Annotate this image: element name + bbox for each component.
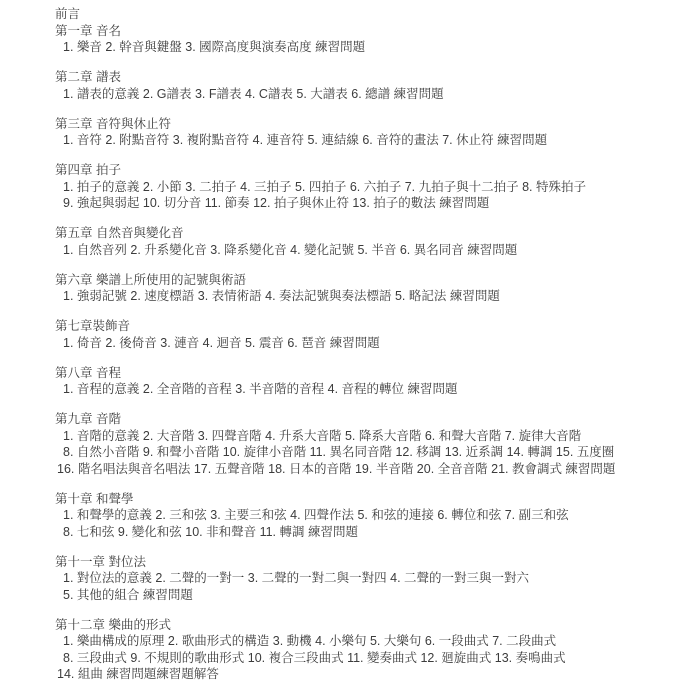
chapter-title: 第一章 音名 — [55, 23, 692, 40]
toc-item-line: 1. 拍子的意義 2. 小節 3. 二拍子 4. 三拍子 5. 四拍子 6. 六… — [55, 179, 692, 196]
toc-item-line: 1. 音符 2. 附點音符 3. 複附點音符 4. 連音符 5. 連結線 6. … — [55, 132, 692, 149]
chapter-title: 第十一章 對位法 — [55, 554, 692, 571]
toc-item-line: 1. 倚音 2. 後倚音 3. 漣音 4. 迴音 5. 震音 6. 琶音 練習問… — [55, 335, 692, 352]
chapter-block: 第五章 自然音與變化音 1. 自然音列 2. 升系變化音 3. 降系變化音 4.… — [55, 225, 692, 258]
chapter-title: 第十二章 樂曲的形式 — [55, 617, 692, 634]
toc-page: 前言 第一章 音名 1. 樂音 2. 幹音與鍵盤 3. 國際高度與演奏高度 練習… — [0, 0, 700, 700]
chapter-block: 第七章裝飾音 1. 倚音 2. 後倚音 3. 漣音 4. 迴音 5. 震音 6.… — [55, 318, 692, 351]
toc-item-line: 14. 組曲 練習問題練習題解答 — [55, 666, 692, 683]
chapter-block: 第四章 拍子 1. 拍子的意義 2. 小節 3. 二拍子 4. 三拍子 5. 四… — [55, 162, 692, 212]
toc-item-line: 8. 自然小音階 9. 和聲小音階 10. 旋律小音階 11. 異名同音階 12… — [55, 444, 692, 461]
toc-item-line: 5. 其他的組合 練習問題 — [55, 587, 692, 604]
chapter-block: 第十一章 對位法 1. 對位法的意義 2. 二聲的一對一 3. 二聲的一對二與一… — [55, 554, 692, 604]
chapter-title: 第七章裝飾音 — [55, 318, 692, 335]
chapter-title: 第六章 樂譜上所使用的記號與術語 — [55, 272, 692, 289]
chapter-title: 第九章 音階 — [55, 411, 692, 428]
chapter-block: 第六章 樂譜上所使用的記號與術語 1. 強弱記號 2. 速度標語 3. 表情術語… — [55, 272, 692, 305]
chapter-title: 第五章 自然音與變化音 — [55, 225, 692, 242]
toc-item-line: 1. 自然音列 2. 升系變化音 3. 降系變化音 4. 變化記號 5. 半音 … — [55, 242, 692, 259]
toc-item-line: 1. 音階的意義 2. 大音階 3. 四聲音階 4. 升系大音階 5. 降系大音… — [55, 428, 692, 445]
toc-item-line: 1. 和聲學的意義 2. 三和弦 3. 主要三和弦 4. 四聲作法 5. 和弦的… — [55, 507, 692, 524]
chapter-block: 第三章 音符與休止符 1. 音符 2. 附點音符 3. 複附點音符 4. 連音符… — [55, 116, 692, 149]
chapter-block: 第一章 音名 1. 樂音 2. 幹音與鍵盤 3. 國際高度與演奏高度 練習問題 — [55, 23, 692, 56]
chapter-block: 第十二章 樂曲的形式 1. 樂曲構成的原理 2. 歌曲形式的構造 3. 動機 4… — [55, 617, 692, 683]
chapter-block: 第八章 音程 1. 音程的意義 2. 全音階的音程 3. 半音階的音程 4. 音… — [55, 365, 692, 398]
toc-item-line: 1. 對位法的意義 2. 二聲的一對一 3. 二聲的一對二與一對四 4. 二聲的… — [55, 570, 692, 587]
toc-item-line: 1. 譜表的意義 2. G譜表 3. F譜表 4. C譜表 5. 大譜表 6. … — [55, 86, 692, 103]
preface-line: 前言 — [55, 6, 692, 23]
chapter-title: 第十章 和聲學 — [55, 491, 692, 508]
toc-item-line: 16. 階名唱法與音名唱法 17. 五聲音階 18. 日本的音階 19. 半音階… — [55, 461, 692, 478]
chapter-block: 第十章 和聲學 1. 和聲學的意義 2. 三和弦 3. 主要三和弦 4. 四聲作… — [55, 491, 692, 541]
toc-item-line: 1. 樂曲構成的原理 2. 歌曲形式的構造 3. 動機 4. 小樂句 5. 大樂… — [55, 633, 692, 650]
toc-item-line: 1. 音程的意義 2. 全音階的音程 3. 半音階的音程 4. 音程的轉位 練習… — [55, 381, 692, 398]
chapter-title: 第三章 音符與休止符 — [55, 116, 692, 133]
toc-item-line: 8. 七和弦 9. 變化和弦 10. 非和聲音 11. 轉調 練習問題 — [55, 524, 692, 541]
toc-item-line: 1. 樂音 2. 幹音與鍵盤 3. 國際高度與演奏高度 練習問題 — [55, 39, 692, 56]
chapter-title: 第二章 譜表 — [55, 69, 692, 86]
chapter-title: 第四章 拍子 — [55, 162, 692, 179]
chapter-title: 第八章 音程 — [55, 365, 692, 382]
toc-item-line: 8. 三段曲式 9. 不規則的歌曲形式 10. 複合三段曲式 11. 變奏曲式 … — [55, 650, 692, 667]
toc-item-line: 1. 強弱記號 2. 速度標語 3. 表情術語 4. 奏法記號與奏法標語 5. … — [55, 288, 692, 305]
chapter-list: 第一章 音名 1. 樂音 2. 幹音與鍵盤 3. 國際高度與演奏高度 練習問題 … — [55, 23, 692, 683]
chapter-block: 第二章 譜表 1. 譜表的意義 2. G譜表 3. F譜表 4. C譜表 5. … — [55, 69, 692, 102]
toc-item-line: 9. 強起與弱起 10. 切分音 11. 節奏 12. 拍子與休止符 13. 拍… — [55, 195, 692, 212]
chapter-block: 第九章 音階 1. 音階的意義 2. 大音階 3. 四聲音階 4. 升系大音階 … — [55, 411, 692, 477]
